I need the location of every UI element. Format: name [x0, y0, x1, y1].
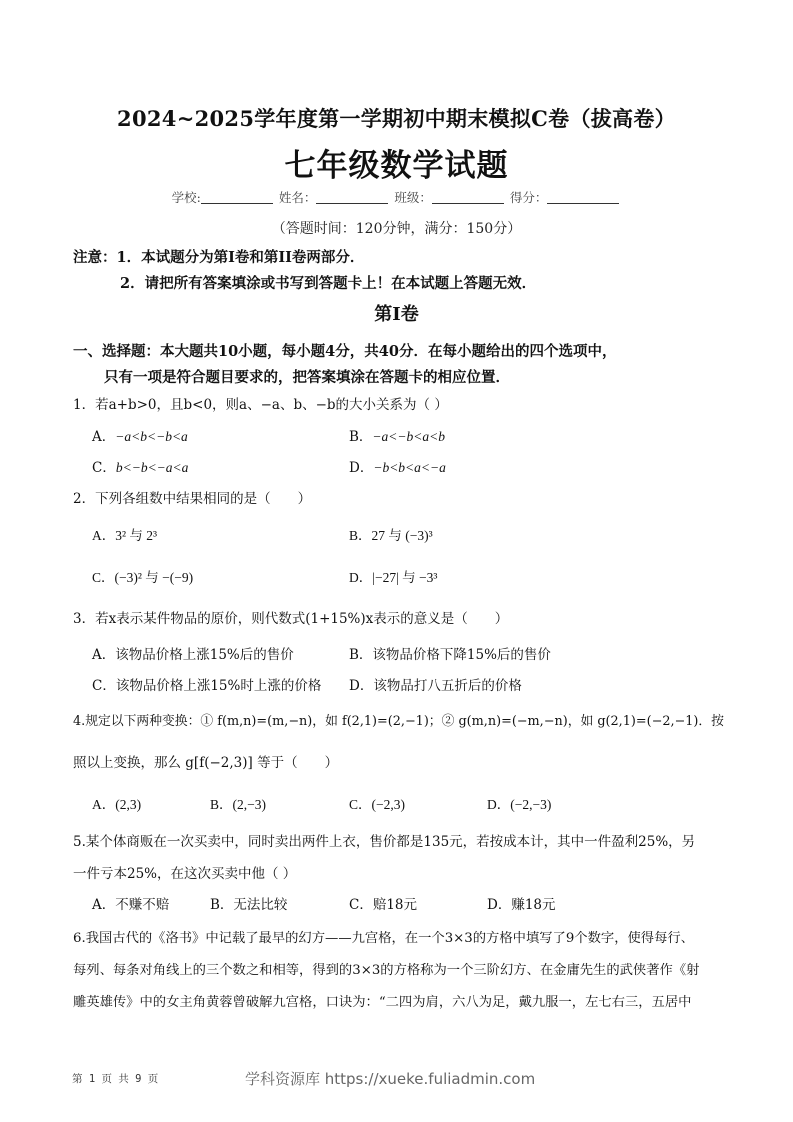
option-label: C．: [349, 797, 372, 812]
page-number: 第 1 页 共 9 页: [72, 1071, 158, 1086]
q5-option-d[interactable]: D．赚18元: [487, 893, 556, 913]
school-label: 学校:: [172, 190, 201, 205]
question-stem: 我国古代的《洛书》中记载了最早的幻方——九宫格，在一个3×3的方格中填写了9个数…: [86, 931, 694, 946]
option-text: 赔18元: [373, 897, 417, 913]
q2-option-d[interactable]: D．|−27| 与 −3³: [349, 566, 437, 586]
q1-option-b[interactable]: B．−a<−b<a<b: [349, 425, 445, 445]
q5-option-a[interactable]: A．不赚不赔: [92, 893, 169, 913]
question-stem: 下列各组数中结果相同的是（ ）: [95, 491, 311, 507]
notes: 注意：1．本试题分为第I卷和第II卷两部分．: [73, 246, 364, 267]
q3-option-a[interactable]: A．该物品价格上涨15%后的售价: [92, 643, 294, 663]
option-text: 不赚不赔: [115, 897, 169, 913]
part-heading-cont: 只有一项是符合题目要求的，把答案填涂在答题卡的相应位置．: [104, 366, 510, 387]
option-text: 该物品价格上涨15%后的售价: [115, 647, 294, 663]
note-item: 1．本试题分为第I卷和第II卷两部分．: [117, 249, 365, 266]
question-stem: 若a+b>0，且b<0，则a、−a、b、−b的大小关系为（ ）: [95, 397, 448, 413]
question-number: 5.: [73, 834, 86, 850]
option-label: B．: [349, 429, 372, 445]
question-6-cont: 雕英雄传》中的女主角黄蓉曾破解九宫格，口诀为：“二四为肩，六八为足，戴九服一，左…: [73, 991, 691, 1010]
option-label: B．: [210, 797, 233, 812]
q2-option-c[interactable]: C．(−3)² 与 −(−9): [92, 566, 193, 586]
question-4: 4.规定以下两种变换：① f(m,n)=(m,−n)，如 f(2,1)=(2,−…: [73, 710, 724, 729]
option-text: 27 与 (−3)³: [372, 528, 433, 543]
q4-option-a[interactable]: A．(2,3): [92, 793, 141, 813]
q5-option-c[interactable]: C．赔18元: [349, 893, 417, 913]
option-text: −a<−b<a<b: [372, 429, 445, 444]
q5-option-b[interactable]: B．无法比较: [210, 893, 287, 913]
q3-option-d[interactable]: D．该物品打八五折后的价格: [349, 674, 522, 694]
exam-subtitle: 七年级数学试题: [0, 140, 793, 185]
question-5-cont: 一件亏本25%，在这次买卖中他（ ）: [73, 862, 296, 882]
school-blank: [201, 191, 273, 204]
question-stem: 某个体商贩在一次买卖中，同时卖出两件上衣，售价都是135元，若按成本计，其中一件…: [86, 834, 695, 850]
option-text: |−27| 与 −3³: [372, 570, 437, 585]
option-text: b<−b<−a<a: [116, 460, 189, 475]
option-text: (2,−3): [233, 797, 266, 812]
question-6-cont: 每列、每条对角线上的三个数之和相等，得到的3×3的方格称为一个三阶幻方、在金庸先…: [73, 959, 699, 978]
q3-option-c[interactable]: C．该物品价格上涨15%时上涨的价格: [92, 674, 321, 694]
q1-option-a[interactable]: A．−a<b<−b<a: [92, 425, 188, 445]
name-blank: [316, 191, 388, 204]
time-info: （答题时间：120分钟，满分：150分）: [0, 218, 793, 238]
option-text: (−2,−3): [510, 797, 551, 812]
option-text: (−2,3): [372, 797, 405, 812]
question-3: 3．若x表示某件物品的原价，则代数式(1+15%)x表示的意义是（ ）: [73, 607, 508, 627]
option-label: B．: [349, 647, 372, 663]
note-item: 2．请把所有答案填涂或书写到答题卡上！在本试题上答题无效．: [120, 272, 536, 293]
option-label: D．: [349, 460, 373, 476]
option-label: A．: [92, 647, 115, 663]
question-stem: 规定以下两种变换：① f(m,n)=(m,−n)，如 f(2,1)=(2,−1)…: [85, 714, 724, 729]
question-4-cont: 照以上变换，那么 g[f(−2,3)] 等于（ ）: [73, 751, 338, 771]
q1-option-d[interactable]: D．−b<b<a<−a: [349, 456, 446, 476]
q2-option-a[interactable]: A．3² 与 2³: [92, 524, 157, 544]
option-label: C．: [349, 897, 373, 913]
part-heading: 一、选择题：本大题共10小题，每小题4分，共40分．在每小题给出的四个选项中，: [73, 340, 616, 361]
option-text: (2,3): [115, 797, 141, 812]
question-1: 1．若a+b>0，且b<0，则a、−a、b、−b的大小关系为（ ）: [73, 393, 448, 413]
question-6: 6.我国古代的《洛书》中记载了最早的幻方——九宫格，在一个3×3的方格中填写了9…: [73, 927, 694, 946]
q4-option-c[interactable]: C．(−2,3): [349, 793, 405, 813]
option-label: C．: [92, 460, 116, 476]
option-label: D．: [349, 678, 373, 694]
question-2: 2．下列各组数中结果相同的是（ ）: [73, 487, 311, 507]
student-info-fields: 学校: 姓名： 班级： 得分：: [0, 188, 793, 206]
option-label: A．: [92, 897, 115, 913]
option-label: A．: [92, 528, 115, 543]
question-number: 4.: [73, 714, 85, 729]
q4-option-b[interactable]: B．(2,−3): [210, 793, 266, 813]
question-stem: 若x表示某件物品的原价，则代数式(1+15%)x表示的意义是（ ）: [95, 611, 508, 627]
option-label: B．: [349, 528, 372, 543]
option-label: A．: [92, 797, 115, 812]
option-label: B．: [210, 897, 233, 913]
q2-option-b[interactable]: B．27 与 (−3)³: [349, 524, 433, 544]
question-number: 3．: [73, 611, 95, 627]
class-label: 班级：: [394, 190, 432, 205]
question-number: 1．: [73, 397, 95, 413]
option-text: (−3)² 与 −(−9): [115, 570, 194, 585]
option-text: 该物品价格上涨15%时上涨的价格: [116, 678, 322, 694]
exam-title: 2024~2025学年度第一学期初中期末模拟C卷（拔高卷）: [0, 103, 793, 133]
option-label: D．: [349, 570, 372, 585]
score-label: 得分：: [510, 190, 548, 205]
option-text: 无法比较: [233, 897, 287, 913]
option-label: A．: [92, 429, 115, 445]
name-label: 姓名：: [279, 190, 317, 205]
option-text: 该物品价格下降15%后的售价: [372, 647, 551, 663]
q1-option-c[interactable]: C．b<−b<−a<a: [92, 456, 188, 476]
option-label: C．: [92, 678, 116, 694]
score-blank: [547, 191, 619, 204]
question-5: 5.某个体商贩在一次买卖中，同时卖出两件上衣，售价都是135元，若按成本计，其中…: [73, 830, 695, 850]
section-title: 第I卷: [0, 300, 793, 326]
option-text: −a<b<−b<a: [115, 429, 188, 444]
option-text: 3² 与 2³: [115, 528, 157, 543]
watermark: 学科资源库 https://xueke.fuliadmin.com: [245, 1068, 535, 1089]
option-label: D．: [487, 897, 511, 913]
notes-prefix: 注意：: [73, 249, 117, 266]
option-text: 该物品打八五折后的价格: [373, 678, 522, 694]
option-label: C．: [92, 570, 115, 585]
question-number: 2．: [73, 491, 95, 507]
q3-option-b[interactable]: B．该物品价格下降15%后的售价: [349, 643, 551, 663]
option-label: D．: [487, 797, 510, 812]
q4-option-d[interactable]: D．(−2,−3): [487, 793, 551, 813]
class-blank: [432, 191, 504, 204]
question-number: 6.: [73, 931, 86, 946]
option-text: 赚18元: [511, 897, 555, 913]
option-text: −b<b<a<−a: [373, 460, 446, 475]
